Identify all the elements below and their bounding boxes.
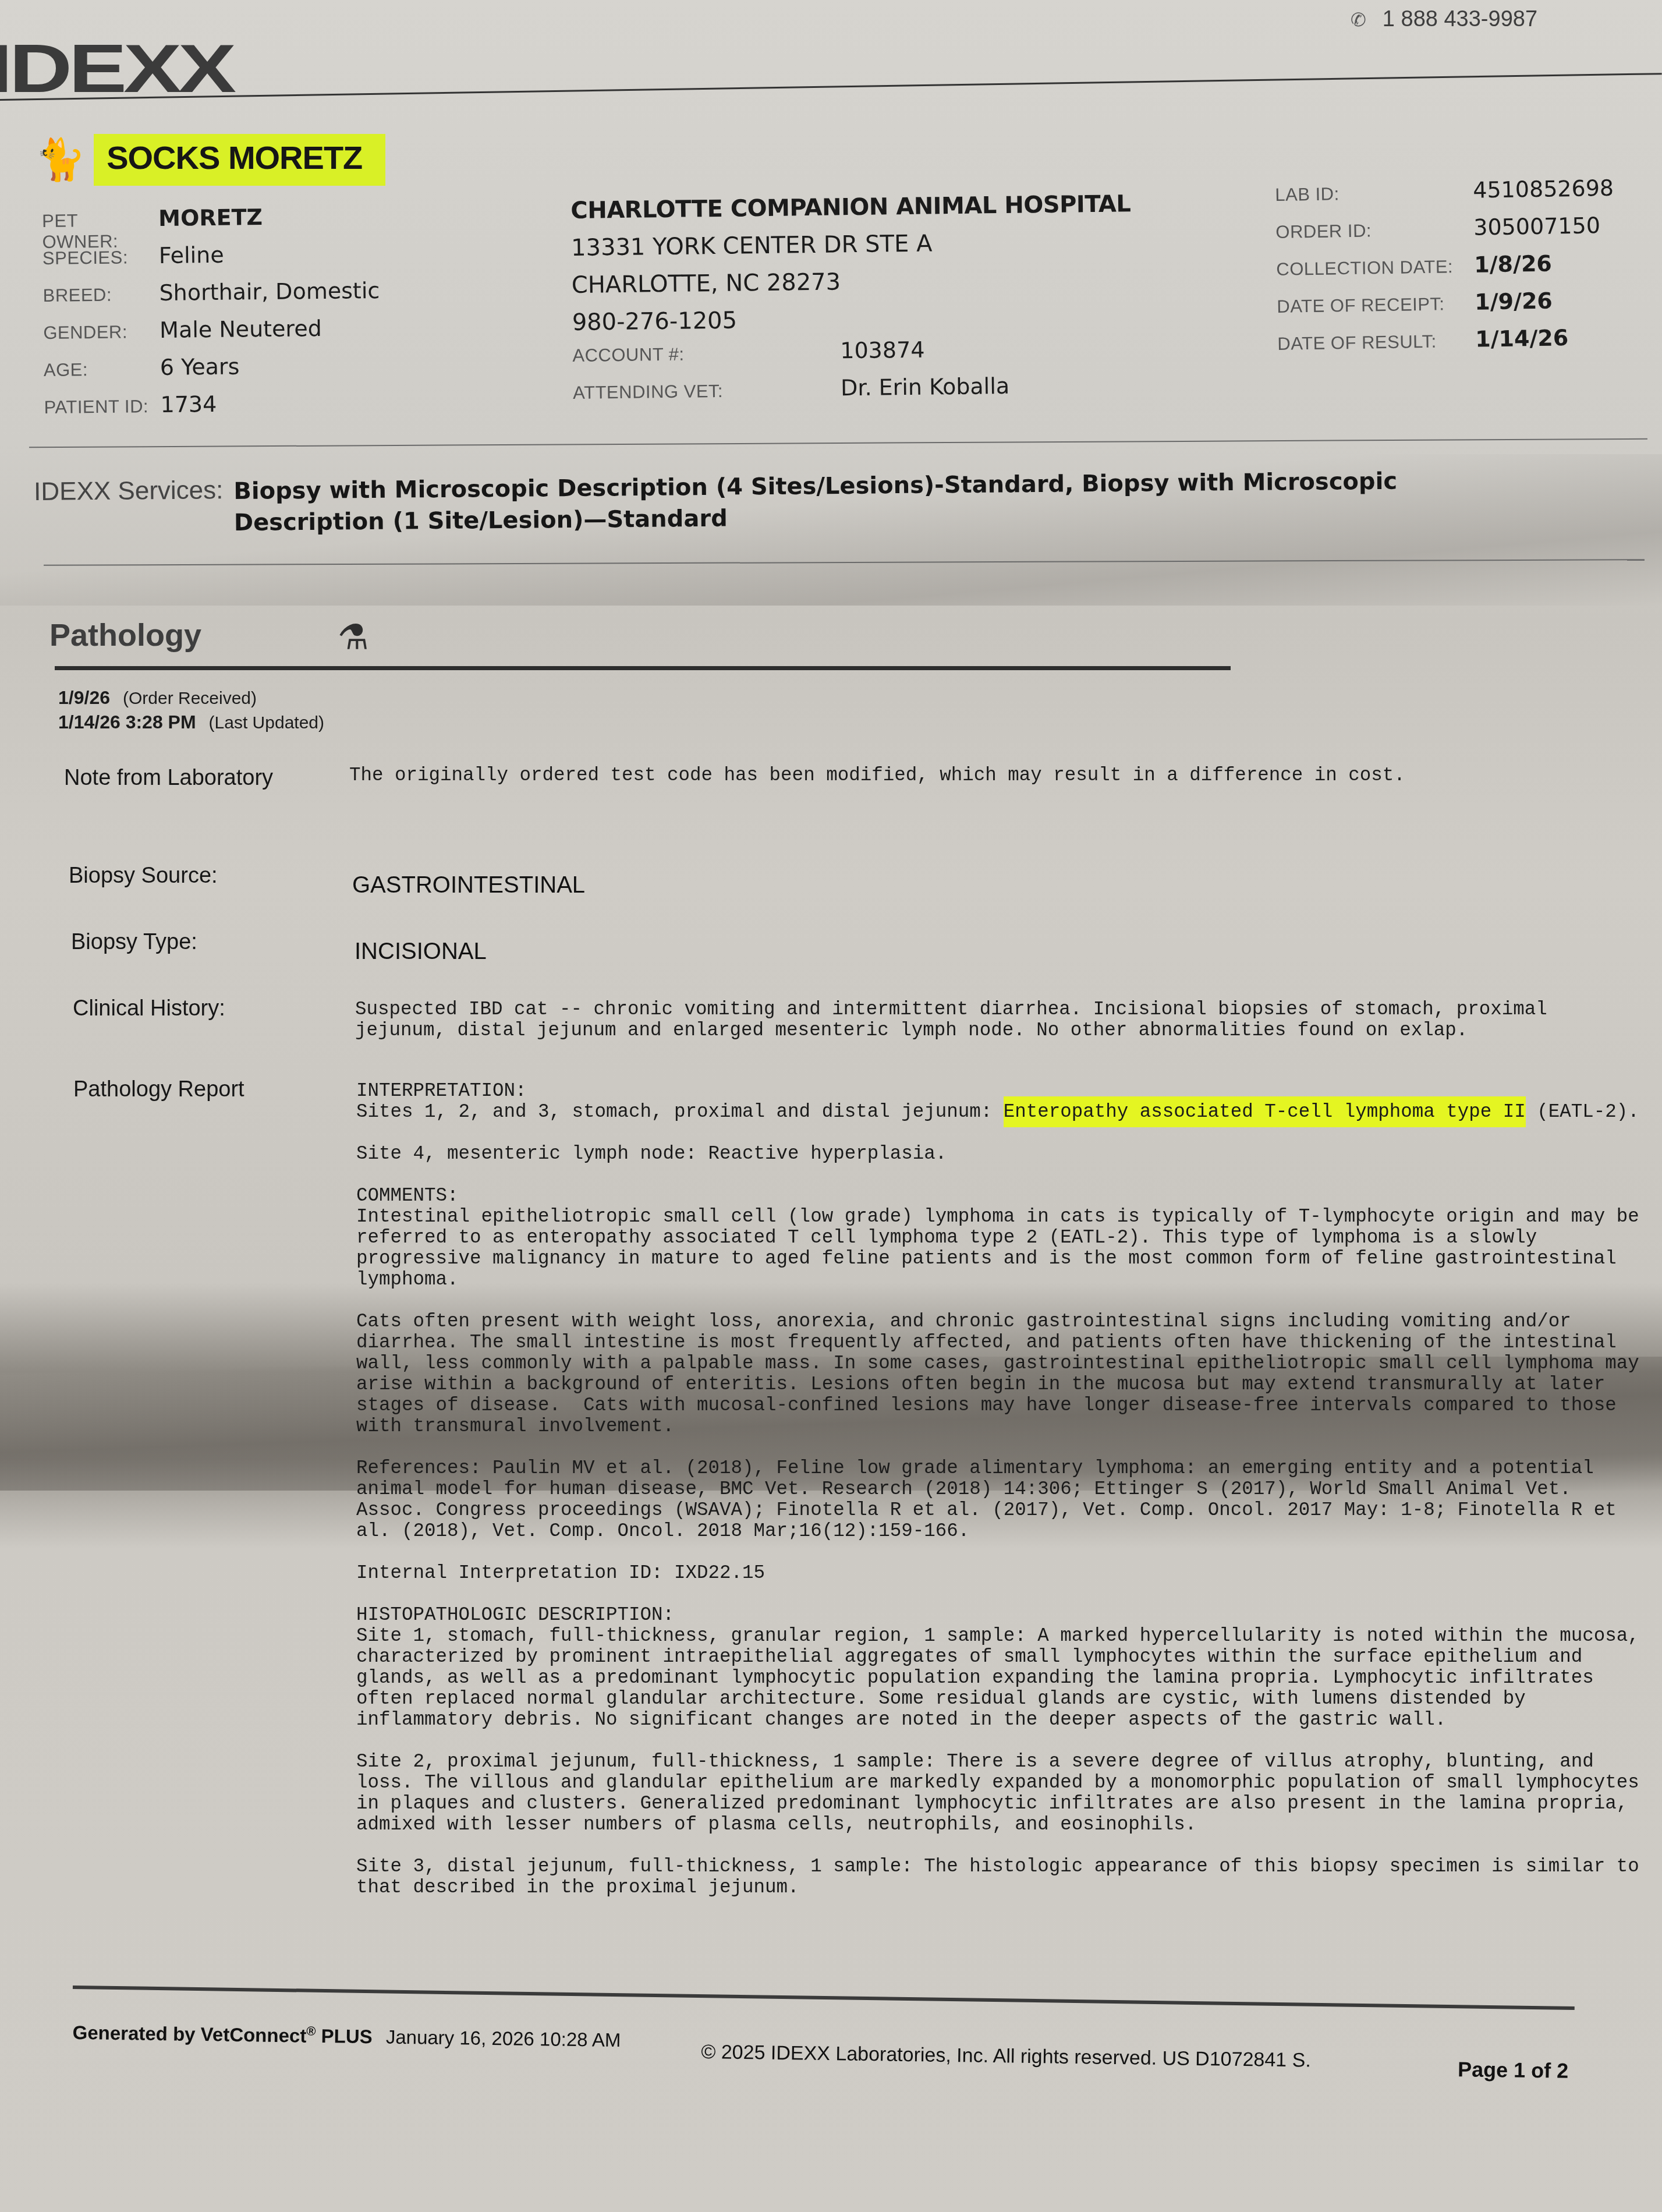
receipt-date-value: 1/9/26 bbox=[1475, 288, 1553, 315]
order-id-value: 305007150 bbox=[1473, 213, 1600, 240]
services-divider bbox=[44, 559, 1645, 566]
species-label: SPECIES: bbox=[42, 247, 159, 269]
page-footer: Generated by VetConnect® PLUS January 16… bbox=[72, 2020, 1586, 2065]
services-label: IDEXX Services: bbox=[34, 476, 224, 540]
patient-id-value: 1734 bbox=[160, 391, 217, 417]
clinical-history: Clinical History: Suspected IBD cat -- c… bbox=[73, 993, 1618, 1041]
last-updated-note: (Last Updated) bbox=[209, 713, 324, 732]
pathology-report: Pathology Report INTERPRETATION: Sites 1… bbox=[73, 1076, 1643, 1898]
owner-value: MORETZ bbox=[158, 204, 263, 231]
site4-interpretation: Site 4, mesenteric lymph node: Reactive … bbox=[356, 1144, 1643, 1165]
info-divider bbox=[29, 438, 1647, 448]
hospital-info: CHARLOTTE COMPANION ANIMAL HOSPITAL 1333… bbox=[570, 185, 1133, 416]
collection-date-label: COLLECTION DATE: bbox=[1276, 256, 1475, 280]
source-label: Biopsy Source: bbox=[69, 861, 352, 898]
history-value: Suspected IBD cat -- chronic vomiting an… bbox=[355, 999, 1618, 1041]
species-value: Feline bbox=[159, 242, 224, 268]
source-value: GASTROINTESTINAL bbox=[352, 872, 585, 898]
order-received-note: (Order Received) bbox=[123, 689, 257, 708]
report-page: IDEXX ✆1 888 433-9987 🐈 SOCKS MORETZ PET… bbox=[0, 0, 1662, 2212]
hospital-address-line1: 13331 YORK CENTER DR STE A bbox=[571, 222, 1132, 267]
generated-by: Generated by VetConnect® PLUS bbox=[72, 2022, 372, 2047]
lab-info: LAB ID:4510852698 ORDER ID:305007150 COL… bbox=[1275, 175, 1617, 367]
lab-id-label: LAB ID: bbox=[1275, 182, 1473, 206]
lab-phone: ✆1 888 433-9987 bbox=[1351, 7, 1537, 32]
copyright: © 2025 IDEXX Laboratories, Inc. All righ… bbox=[701, 2041, 1311, 2072]
note-from-lab: Note from Laboratory The originally orde… bbox=[64, 763, 1636, 793]
hospital-phone: 980-276-1205 bbox=[572, 297, 1132, 341]
owner-label: PET OWNER: bbox=[42, 210, 159, 253]
references: References: Paulin MV et al. (2018), Fel… bbox=[356, 1458, 1643, 1542]
order-received-date: 1/9/26 bbox=[58, 687, 110, 708]
interpretation-text: Sites 1, 2, and 3, stomach, proximal and… bbox=[356, 1102, 1643, 1123]
age-value: 6 Years bbox=[160, 353, 240, 380]
note-label: Note from Laboratory bbox=[64, 763, 349, 793]
age-label: AGE: bbox=[44, 359, 160, 381]
internal-interpretation-id: Internal Interpretation ID: IXD22.15 bbox=[356, 1563, 1643, 1584]
collection-date-value: 1/8/26 bbox=[1474, 251, 1552, 278]
biopsy-type: Biopsy Type: INCISIONAL bbox=[71, 927, 487, 965]
site2-description: Site 2, proximal jejunum, full-thickness… bbox=[356, 1751, 1643, 1835]
hospital-address-line2: CHARLOTTE, NC 28273 bbox=[572, 260, 1132, 304]
account-label: ACCOUNT #: bbox=[572, 342, 840, 366]
gender-value: Male Neutered bbox=[160, 316, 322, 343]
last-updated-date: 1/14/26 3:28 PM bbox=[58, 712, 196, 732]
breed-value: Shorthair, Domestic bbox=[159, 278, 380, 306]
site1-description: Site 1, stomach, full-thickness, granula… bbox=[356, 1626, 1643, 1730]
site3-description: Site 3, distal jejunum, full-thickness, … bbox=[356, 1856, 1643, 1898]
breed-label: BREED: bbox=[42, 284, 159, 306]
gender-label: GENDER: bbox=[43, 321, 160, 344]
lab-id-value: 4510852698 bbox=[1473, 175, 1614, 203]
pathology-title: Pathology bbox=[49, 617, 201, 653]
idexx-services: IDEXX Services: Biopsy with Microscopic … bbox=[34, 465, 1431, 540]
services-value: Biopsy with Microscopic Description (4 S… bbox=[233, 465, 1431, 539]
comments-paragraph-1: Intestinal epitheliotropic small cell (l… bbox=[356, 1206, 1643, 1290]
result-date-label: DATE OF RESULT: bbox=[1277, 331, 1476, 355]
patient-banner: 🐈 SOCKS MORETZ bbox=[35, 134, 385, 186]
account-value: 103874 bbox=[840, 337, 925, 364]
patient-info: PET OWNER:MORETZ SPECIES:Feline BREED:Sh… bbox=[42, 203, 381, 430]
pathology-dates: 1/9/26(Order Received) 1/14/26 3:28 PM(L… bbox=[58, 687, 324, 736]
phone-icon: ✆ bbox=[1351, 9, 1366, 30]
header-divider bbox=[0, 73, 1662, 101]
note-value: The originally ordered test code has bee… bbox=[349, 765, 1636, 793]
order-id-label: ORDER ID: bbox=[1275, 219, 1474, 243]
history-label: Clinical History: bbox=[73, 993, 355, 1041]
footer-divider bbox=[73, 1986, 1575, 2010]
comments-paragraph-2: Cats often present with weight loss, ano… bbox=[356, 1311, 1643, 1437]
receipt-date-label: DATE OF RECEIPT: bbox=[1277, 293, 1475, 317]
pathology-divider bbox=[55, 666, 1231, 670]
patient-name: SOCKS MORETZ bbox=[94, 134, 385, 186]
report-label: Pathology Report bbox=[73, 1076, 356, 1898]
flask-arrow-icon: ⚗ bbox=[338, 617, 369, 658]
result-date-value: 1/14/26 bbox=[1475, 325, 1569, 352]
type-label: Biopsy Type: bbox=[71, 927, 355, 965]
vet-value: Dr. Erin Koballa bbox=[841, 373, 1010, 401]
patient-id-label: PATIENT ID: bbox=[44, 396, 160, 418]
hospital-name: CHARLOTTE COMPANION ANIMAL HOSPITAL bbox=[570, 185, 1131, 229]
generated-date: January 16, 2026 10:28 AM bbox=[386, 2026, 621, 2051]
diagnosis-highlight: Enteropathy associated T-cell lymphoma t… bbox=[1004, 1096, 1526, 1127]
cat-icon: 🐈 bbox=[35, 136, 86, 184]
page-number: Page 1 of 2 bbox=[1458, 2057, 1569, 2083]
biopsy-source: Biopsy Source: GASTROINTESTINAL bbox=[69, 861, 585, 898]
report-body: INTERPRETATION: Sites 1, 2, and 3, stoma… bbox=[356, 1081, 1643, 1898]
vet-label: ATTENDING VET: bbox=[573, 379, 841, 404]
type-value: INCISIONAL bbox=[355, 939, 487, 965]
histo-heading: HISTOPATHOLOGIC DESCRIPTION: bbox=[356, 1605, 1643, 1626]
comments-heading: COMMENTS: bbox=[356, 1185, 1643, 1206]
